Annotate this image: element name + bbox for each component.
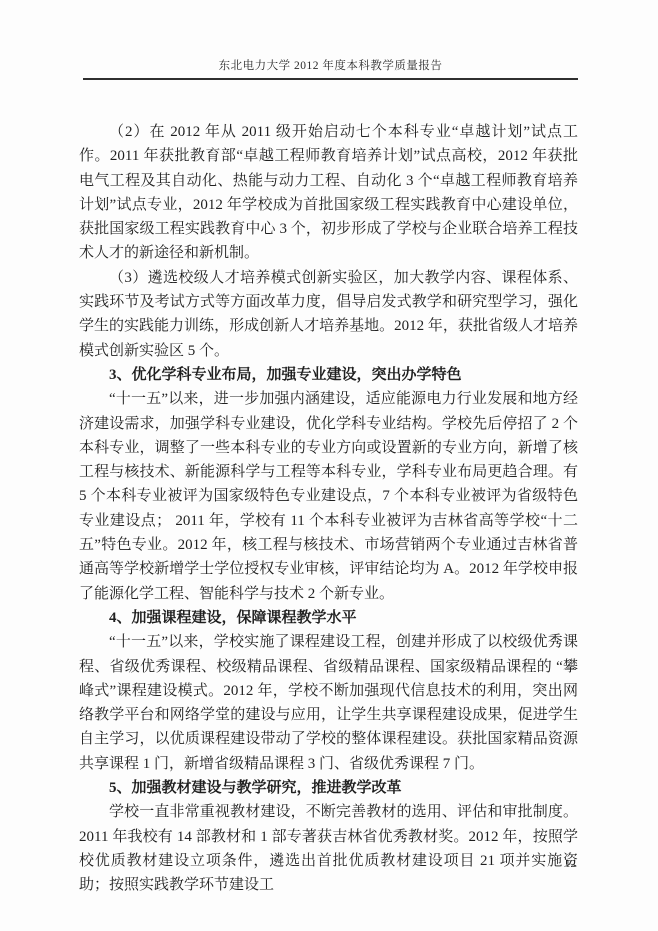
page-number: 12 — [565, 858, 576, 870]
paragraph-teaching-materials: 学校一直非常重视教材建设，不断完善教材的选用、评估和审批制度。2011 年我校有… — [79, 800, 578, 897]
paragraph-innovation-zone: （3）遴选校级人才培养模式创新实验区，加大教学内容、课程体系、实践环节及考试方式… — [79, 266, 578, 363]
paragraph-excellence-plan: （2）在 2012 年从 2011 级开始启动七个本科专业“卓越计划”试点工作。… — [79, 120, 578, 266]
paragraph-course-construction: “十一五”以来，学校实施了课程建设工程，创建并形成了以校级优秀课程、省级优秀课程… — [79, 630, 578, 776]
page-header-title: 东北电力大学 2012 年度本科教学质量报告 — [83, 57, 578, 80]
section-heading-4: 4、加强课程建设，保障课程教学水平 — [79, 606, 578, 630]
paragraph-discipline-layout: “十一五”以来，进一步加强内涵建设，适应能源电力行业发展和地方经济建设需求，加强… — [79, 387, 578, 606]
section-heading-5: 5、加强教材建设与教学研究，推进教学改革 — [79, 776, 578, 800]
document-body: （2）在 2012 年从 2011 级开始启动七个本科专业“卓越计划”试点工作。… — [79, 120, 578, 898]
section-heading-3: 3、优化学科专业布局，加强专业建设，突出办学特色 — [79, 363, 578, 387]
document-page: 东北电力大学 2012 年度本科教学质量报告 （2）在 2012 年从 2011… — [0, 0, 658, 931]
